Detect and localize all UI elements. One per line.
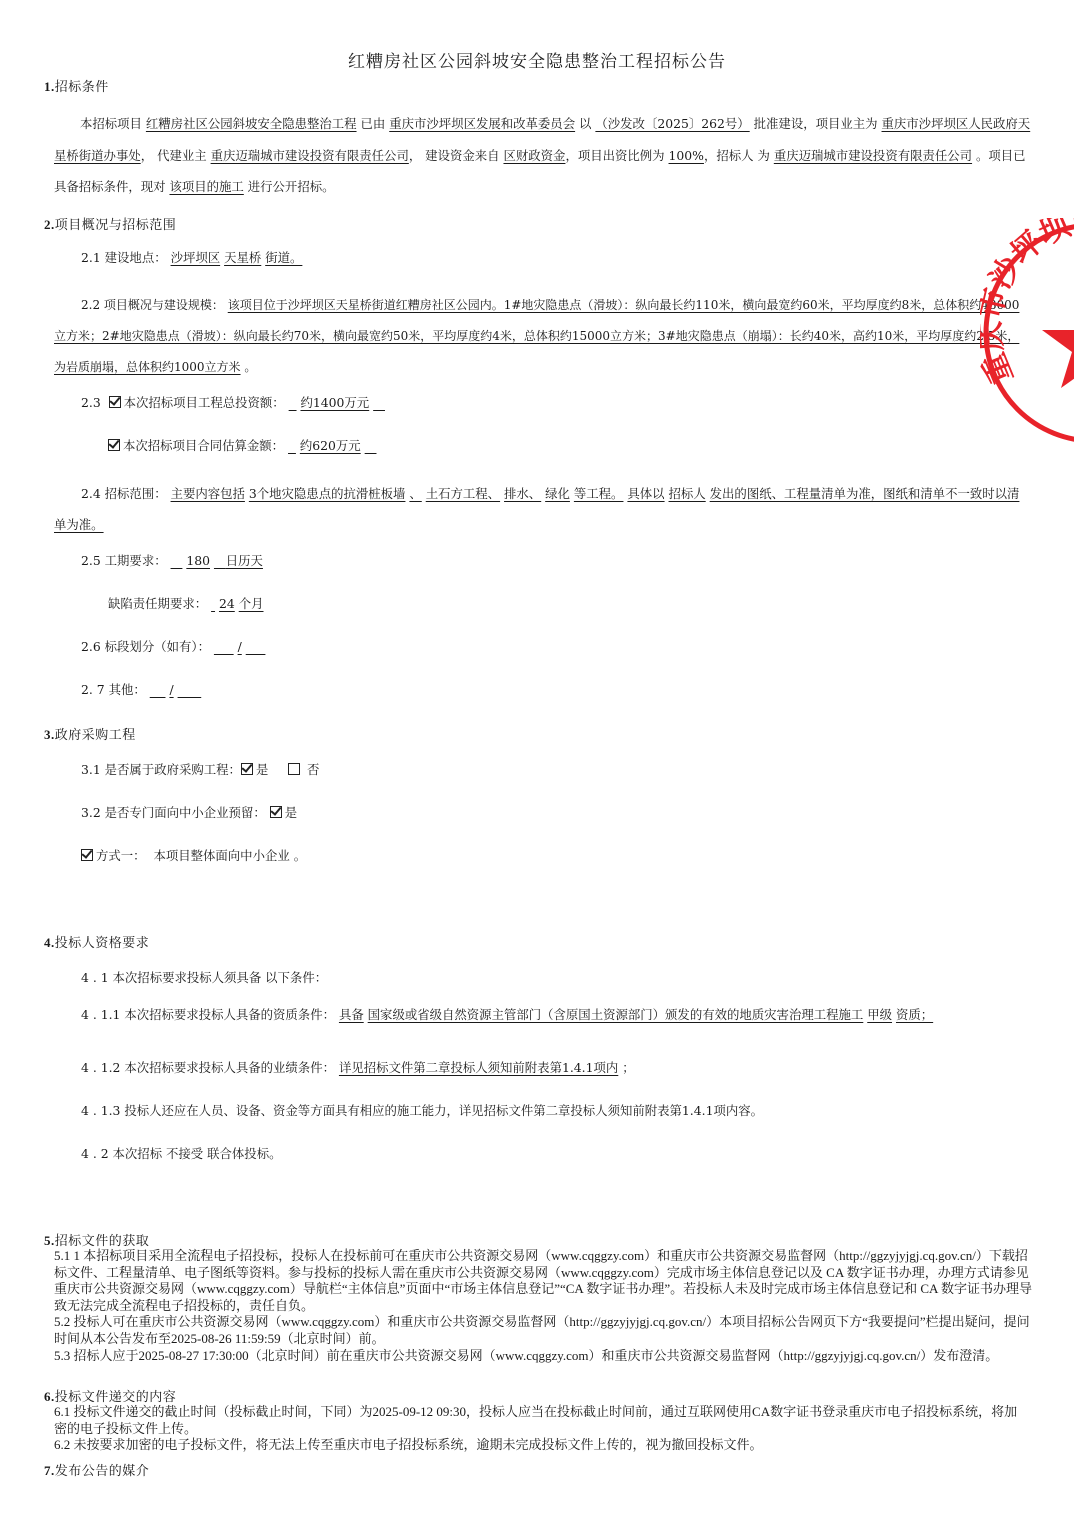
official-seal-icon: 重庆市沙坪坝区: [980, 218, 1074, 448]
item-3-mode: 方式一： 本项目整体面向中小企业 。: [81, 845, 306, 867]
item-2-7: 2. 7 其他： /: [81, 679, 201, 701]
item-3-2: 3.2 是否专门面向中小企业预留： 是: [81, 802, 297, 824]
checkbox-checked-icon[interactable]: [270, 806, 282, 818]
section-2-heading: 2.项目概况与招标范围: [44, 214, 176, 233]
project-name: 红糟房社区公园斜坡安全隐患整治工程: [146, 116, 357, 131]
item-4-1-1: 4 . 1.1 本次招标要求投标人具备的资质条件： 具备 国家级或省级自然资源主…: [54, 1005, 1004, 1025]
item-4-1-3: 4 . 1.3 投标人还应在人员、设备、资金等方面具有相应的施工能力，详见招标文…: [81, 1100, 763, 1122]
item-5-1: 5.1 1 本招标项目采用全流程电子招投标，投标人在投标前可在重庆市公共资源交易…: [54, 1248, 1039, 1314]
section-6-heading: 6.投标文件递交的内容: [44, 1386, 176, 1405]
item-2-2: 2.2 项目概况与建设规模： 该项目位于沙坪坝区天星桥街道红糟房社区公园内。1#…: [54, 290, 1020, 383]
checkbox-checked-icon[interactable]: [109, 396, 121, 408]
item-2-3-total-investment: 2.3 本次招标项目工程总投资额： 约1400万元: [81, 392, 385, 414]
item-4-1: 4 . 1 本次招标要求投标人须具备 以下条件：: [81, 967, 327, 989]
item-6-1: 6.1 投标文件递交的截止时间（投标截止时间，下同）为2025-09-12 09…: [54, 1404, 1019, 1437]
checkbox-checked-icon[interactable]: [81, 849, 93, 861]
item-2-5: 2.5 工期要求： 180 日历天: [81, 550, 263, 572]
item-6-2: 6.2 未按要求加密的电子投标文件，将无法上传至重庆市电子招投标系统，逾期未完成…: [54, 1437, 1039, 1454]
item-2-1: 2.1 建设地点： 沙坪坝区 天星桥 街道。: [81, 247, 302, 269]
section-1-heading: 1.招标条件: [44, 76, 109, 95]
section-3-heading: 3.政府采购工程: [44, 724, 136, 743]
section-5-heading: 5.招标文件的获取: [44, 1230, 149, 1249]
item-2-4: 2.4 招标范围： 主要内容包括 3个地灾隐患点的抗滑桩板墙 、 土石方工程、 …: [54, 478, 1020, 540]
item-5-2: 5.2 投标人可在重庆市公共资源交易网（www.cqggzy.com）和重庆市公…: [54, 1314, 1039, 1347]
svg-text:重庆市沙坪坝区: 重庆市沙坪坝区: [980, 218, 1074, 389]
item-4-2: 4 . 2 本次招标 不接受 联合体投标。: [81, 1143, 281, 1165]
item-2-6: 2.6 标段划分（如有）： /: [81, 636, 265, 658]
item-2-5-defect-period: 缺陷责任期要求： 24 个月: [108, 593, 264, 615]
page-title: 红糟房社区公园斜坡安全隐患整治工程招标公告: [0, 47, 1074, 72]
section-7-heading: 7.发布公告的媒介: [44, 1460, 149, 1479]
item-4-1-2: 4 . 1.2 本次招标要求投标人具备的业绩条件： 详见招标文件第二章投标人须知…: [81, 1057, 635, 1079]
checkbox-checked-icon[interactable]: [241, 763, 253, 775]
checkbox-checked-icon[interactable]: [108, 439, 120, 451]
item-3-1: 3.1 是否属于政府采购工程：是 否: [81, 759, 319, 781]
checkbox-unchecked-icon[interactable]: [288, 763, 300, 775]
item-5-3: 5.3 招标人应于2025-08-27 17:30:00（北京时间）前在重庆市公…: [54, 1348, 1039, 1365]
item-2-3-contract-estimate: 本次招标项目合同估算金额： 约620万元: [108, 435, 376, 457]
section-1-paragraph: 本招标项目 红糟房社区公园斜坡安全隐患整治工程 已由 重庆市沙坪坝区发展和改革委…: [54, 108, 1032, 203]
section-4-heading: 4.投标人资格要求: [44, 932, 149, 951]
